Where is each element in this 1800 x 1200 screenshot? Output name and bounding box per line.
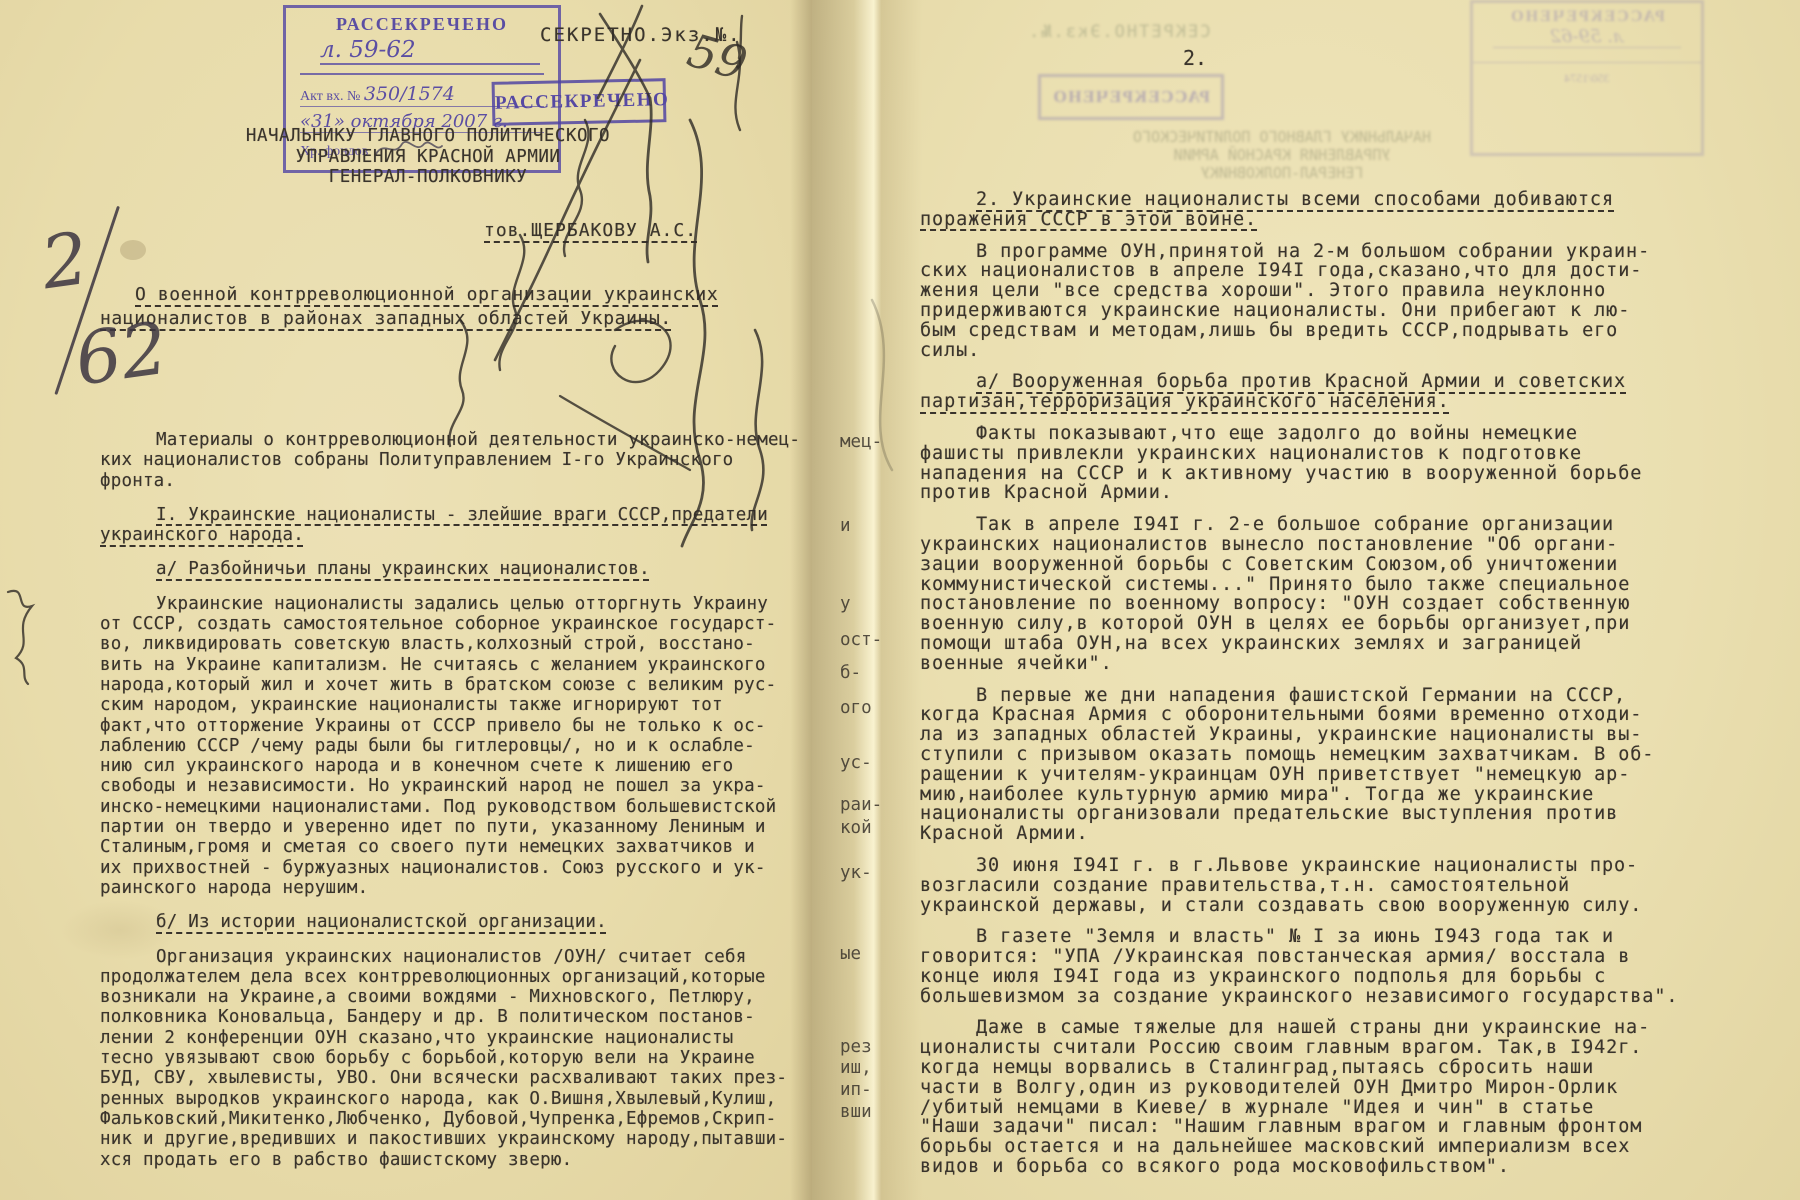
page-2-body: 2. Украинские националисты всеми способа… [920,190,1690,1189]
margin-mark-top: 2 [35,216,93,306]
stamp-act-label: Акт вх. № [300,89,360,104]
ghost-declassified-stamp: РАССЕКРЕЧЕНО л. 59-62 350/1574 [1470,0,1704,156]
page-fold-edge: мец- и у ост- б- ого ус- раи- кой ук- ые… [812,0,908,1200]
intro-paragraph: Материалы о контрреволюционной деятельно… [100,430,812,491]
paper-stain [120,240,146,260]
stamp-sheets-handwritten: л. 59-62 [320,37,540,65]
ghost-recipient-block: НАЧАЛЬНИКУ ГЛАВНОГО ПОЛИТИЧЕСКОГО УПРАВЛ… [1067,128,1497,182]
section-1b-paragraph: Организация украинских националистов /ОУ… [100,947,812,1170]
section-2a-heading: а/ Вооруженная борьба против Красной Арм… [920,372,1690,412]
declassified-stamp-2: РАССЕКРЕЧЕНО [492,78,667,126]
section-1a-heading: а/ Разбойничьи планы украинских национал… [100,559,812,579]
ghost-stamp-act: 350/1574 [1473,62,1701,86]
stamp-title: РАССЕКРЕЧЕНО [286,14,558,35]
section-1b-heading: б/ Из истории националистской организаци… [100,912,812,932]
page-2: мец- и у ост- б- ого ус- раи- кой ук- ые… [812,0,1800,1200]
page-1: РАССЕКРЕЧЕНО л. 59-62 Акт вх. № 350/1574… [0,0,812,1200]
section-1a-paragraph: Украинские националисты задались целью о… [100,594,812,898]
addressee: тов.ЩЕРБАКОВУ А.С. [484,220,697,241]
edge-pen-bleed [812,0,908,1200]
section-2-heading: 2. Украинские националисты всеми способа… [920,190,1690,230]
recipient-block: НАЧАЛЬНИКУ ГЛАВНОГО ПОЛИТИЧЕСКОГО УПРАВЛ… [238,126,618,188]
ghost-declassified-stamp-2: РАССЕКРЕЧЕНО [1038,74,1224,120]
ghost-secrecy-marking: СЕКРЕТНО.Экз.№. [1027,22,1211,42]
june-30-paragraph: 30 июня I94I г. в г.Львове украинские на… [920,856,1690,915]
stamp-act-number: 350/1574 [364,83,455,105]
oun-program-paragraph: В программе ОУН,принятой на 2-м большом … [920,242,1690,361]
facts-paragraph: Факты показывают,что еще задолго до войн… [920,424,1690,503]
page-1-body: Материалы о контрреволюционной деятельно… [100,430,812,1184]
gazeta-paragraph: В газете "Земля и власть" № I за июнь I9… [920,927,1690,1006]
first-days-paragraph: В первые же дни нападения фашистской Гер… [920,686,1690,844]
document-title: О военной контрреволюционной организации… [100,283,780,331]
document-scan: РАССЕКРЕЧЕНО л. 59-62 Акт вх. № 350/1574… [0,0,1800,1200]
ghost-stamp-title: РАССЕКРЕЧЕНО [1473,8,1701,26]
ghost-stamp-sheets: л. 59-62 [1493,26,1681,48]
april-1941-paragraph: Так в апреле I94I г. 2-е большое собрани… [920,515,1690,673]
page-number: 2. [1183,46,1207,70]
hardest-days-paragraph: Даже в самые тяжелые для нашей страны дн… [920,1018,1690,1176]
stamp-rule [300,73,544,75]
section-1-heading: I. Украинские националисты - злейшие вра… [100,505,812,546]
